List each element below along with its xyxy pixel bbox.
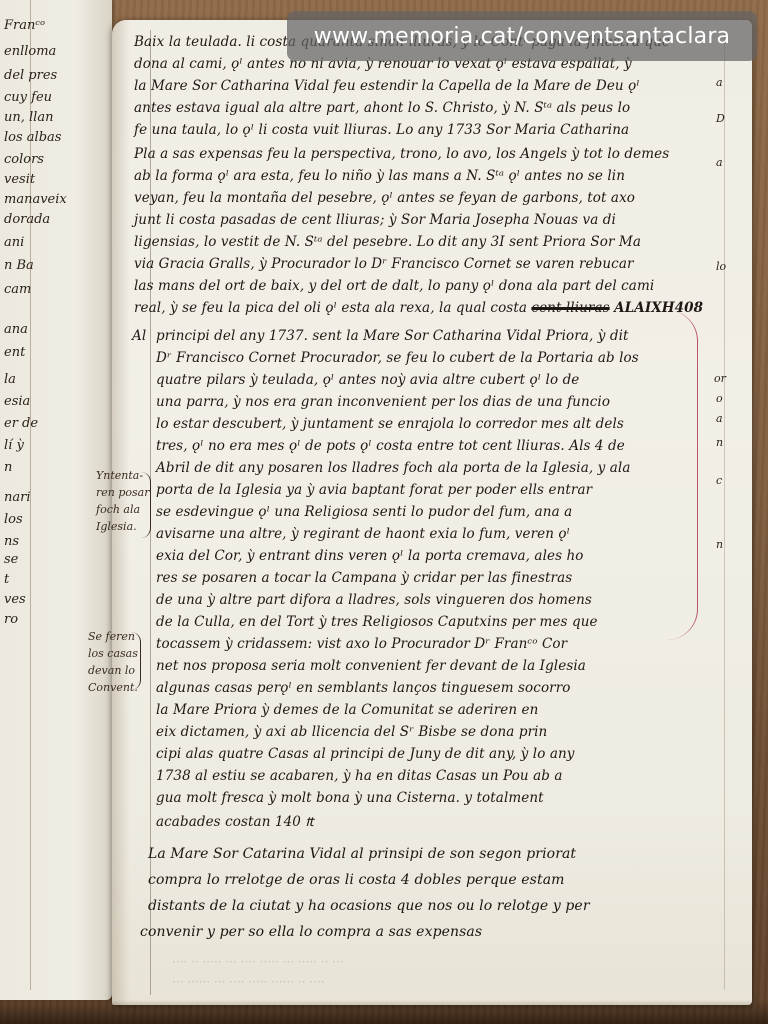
table-edge-shadow — [0, 1000, 768, 1024]
edge-mark: n — [716, 538, 723, 551]
manuscript-line: se esdevingue ǫˡ una Religiosa senti lo … — [156, 504, 572, 520]
struck-out-text: cent lliuras — [531, 300, 609, 316]
left-fragment: n — [4, 460, 12, 475]
edge-mark: lo — [716, 260, 726, 273]
bleed-through-text: ···· ·· ······ ····· ···· ··· ······ ··· — [172, 975, 325, 989]
left-fragment: lí ỳ — [4, 438, 24, 453]
left-fragment: la — [4, 372, 16, 387]
manuscript-line: quatre pilars ỳ teulada, ǫˡ antes noỳ av… — [156, 372, 579, 388]
left-fragment: se — [4, 552, 18, 567]
manuscript-line: porta de la Iglesia ya ỳ avia baptant fo… — [156, 482, 592, 498]
paragraph-marker: Al — [132, 328, 146, 344]
manuscript-line: real, ỳ se feu la pica del oli ǫˡ esta a… — [134, 300, 703, 316]
bleed-through-text: ··· ·· ····· ··· ····· ···· ··· ····· ··… — [172, 955, 344, 969]
manuscript-line: exia del Cor, ỳ entrant dins veren ǫˡ la… — [156, 548, 584, 564]
left-fragment: ves — [4, 592, 26, 607]
left-fragment: ent — [4, 345, 25, 360]
manuscript-line: algunas casas perǫˡ en semblants lanços … — [156, 680, 571, 696]
manuscript-line: ligensias, lo vestit de N. Sᵗᵃ del peseb… — [134, 234, 641, 250]
manuscript-line: tres, ǫˡ no era mes ǫˡ de pots ǫˡ costa … — [156, 438, 625, 454]
left-fragment: er de — [4, 416, 38, 431]
margin-bracket — [140, 472, 151, 538]
edge-mark: a — [716, 412, 723, 425]
left-fragment: los — [4, 512, 23, 527]
manuscript-line: la Mare Priora ỳ demes de la Comunitat s… — [156, 702, 538, 718]
amount-note: ALAIXH408 — [614, 300, 703, 316]
manuscript-line: la Mare Sor Catharina Vidal feu estendir… — [134, 78, 640, 94]
manuscript-line: junt li costa pasadas de cent lliuras; ỳ… — [134, 212, 616, 228]
left-fragment: vesit — [4, 172, 35, 187]
edge-mark: c — [716, 474, 722, 487]
left-fragment: nari — [4, 490, 31, 505]
manuscript-line: ab la forma ǫˡ ara esta, feu lo niño ỳ l… — [134, 168, 625, 184]
manuscript-line: Dʳ Francisco Cornet Procurador, se feu l… — [156, 350, 639, 366]
left-fragment: n Ba — [4, 258, 34, 273]
manuscript-line: veyan, feu la montaña del pesebre, ǫˡ an… — [134, 190, 635, 206]
edge-mark: a — [716, 156, 723, 169]
manuscript-line: gua molt fresca ỳ molt bona ỳ una Cister… — [156, 790, 544, 806]
red-margin-brace — [667, 310, 698, 640]
manuscript-line: acabades costan 140 ₶ — [156, 812, 314, 830]
margin-bracket — [130, 632, 141, 690]
manuscript-line: principi del any 1737. sent la Mare Sor … — [156, 328, 629, 344]
manuscript-line: via Gracia Gralls, ỳ Procurador lo Dʳ Fr… — [134, 256, 634, 272]
manuscript-page: Baix la teulada. li costa quaranta sinch… — [112, 20, 752, 1005]
manuscript-line: antes estava igual ala altre part, ahont… — [134, 100, 630, 116]
later-hand-line: convenir y per so ella lo compra a sas e… — [140, 924, 482, 940]
left-fragment: ana — [4, 322, 28, 337]
manuscript-line: de la Culla, en del Tort ỳ tres Religios… — [156, 614, 598, 630]
left-fragment: colors — [4, 152, 44, 167]
manuscript-line: lo estar descubert, ỳ juntament se enraj… — [156, 416, 624, 432]
left-fragment: ns — [4, 534, 19, 549]
later-hand-line: La Mare Sor Catarina Vidal al prinsipi d… — [148, 846, 576, 862]
left-fragment: esia — [4, 394, 30, 409]
left-fragment: manaveix — [4, 192, 67, 207]
left-fragment: Franᶜᵒ — [4, 18, 45, 33]
manuscript-line: de una ỳ altre part difora a lladres, so… — [156, 592, 592, 608]
left-fragment: enlloma — [4, 44, 56, 59]
left-fragment: cam — [4, 282, 31, 297]
manuscript-line-text: real, ỳ se feu la pica del oli ǫˡ esta a… — [134, 300, 527, 316]
edge-mark: o — [716, 392, 723, 405]
manuscript-line: las mans del ort de baix, y del ort de d… — [134, 278, 654, 294]
left-fragment: t — [4, 572, 9, 587]
manuscript-line: 1738 al estiu se acabaren, ỳ ha en ditas… — [156, 768, 563, 784]
manuscript-line: avisarne una altre, ỳ regirant de haont … — [156, 526, 570, 542]
later-hand-line: distants de la ciutat y ha ocasions que … — [148, 898, 590, 914]
manuscript-line: res se posaren a tocar la Campana ỳ crid… — [156, 570, 572, 586]
left-fragment: los albas — [4, 130, 61, 145]
left-fragment: cuy feu — [4, 90, 52, 105]
edge-mark: n — [716, 436, 723, 449]
manuscript-line: cipi alas quatre Casas al principi de Ju… — [156, 746, 575, 762]
manuscript-line: Abril de dit any posaren los lladres foc… — [156, 460, 631, 476]
left-fragment: ro — [4, 612, 18, 627]
watermark-url: www.memoria.cat/conventsantaclara — [287, 11, 757, 61]
later-hand-line: compra lo rrelotge de oras li costa 4 do… — [148, 872, 565, 888]
edge-mark: or — [714, 372, 726, 385]
manuscript-line: Pla a sas expensas feu la perspectiva, t… — [134, 146, 669, 162]
edge-mark: D — [716, 112, 725, 125]
left-fragment: un, llan — [4, 110, 53, 125]
manuscript-line: net nos proposa seria molt convenient fe… — [156, 658, 586, 674]
manuscript-line: eix dictamen, ỳ axi ab llicencia del Sʳ … — [156, 724, 547, 740]
manuscript-line: tocassem ỳ cridassem: vist axo lo Procur… — [156, 636, 567, 652]
manuscript-line: fe una taula, lo ǫˡ li costa vuit lliura… — [134, 122, 629, 138]
left-fragment: del pres — [4, 68, 57, 83]
left-fragment: ani — [4, 235, 24, 250]
left-fragment: dorada — [4, 212, 50, 227]
manuscript-line: una parra, ỳ nos era gran inconvenient p… — [156, 394, 610, 410]
right-margin-rule — [724, 30, 725, 990]
edge-mark: a — [716, 76, 723, 89]
